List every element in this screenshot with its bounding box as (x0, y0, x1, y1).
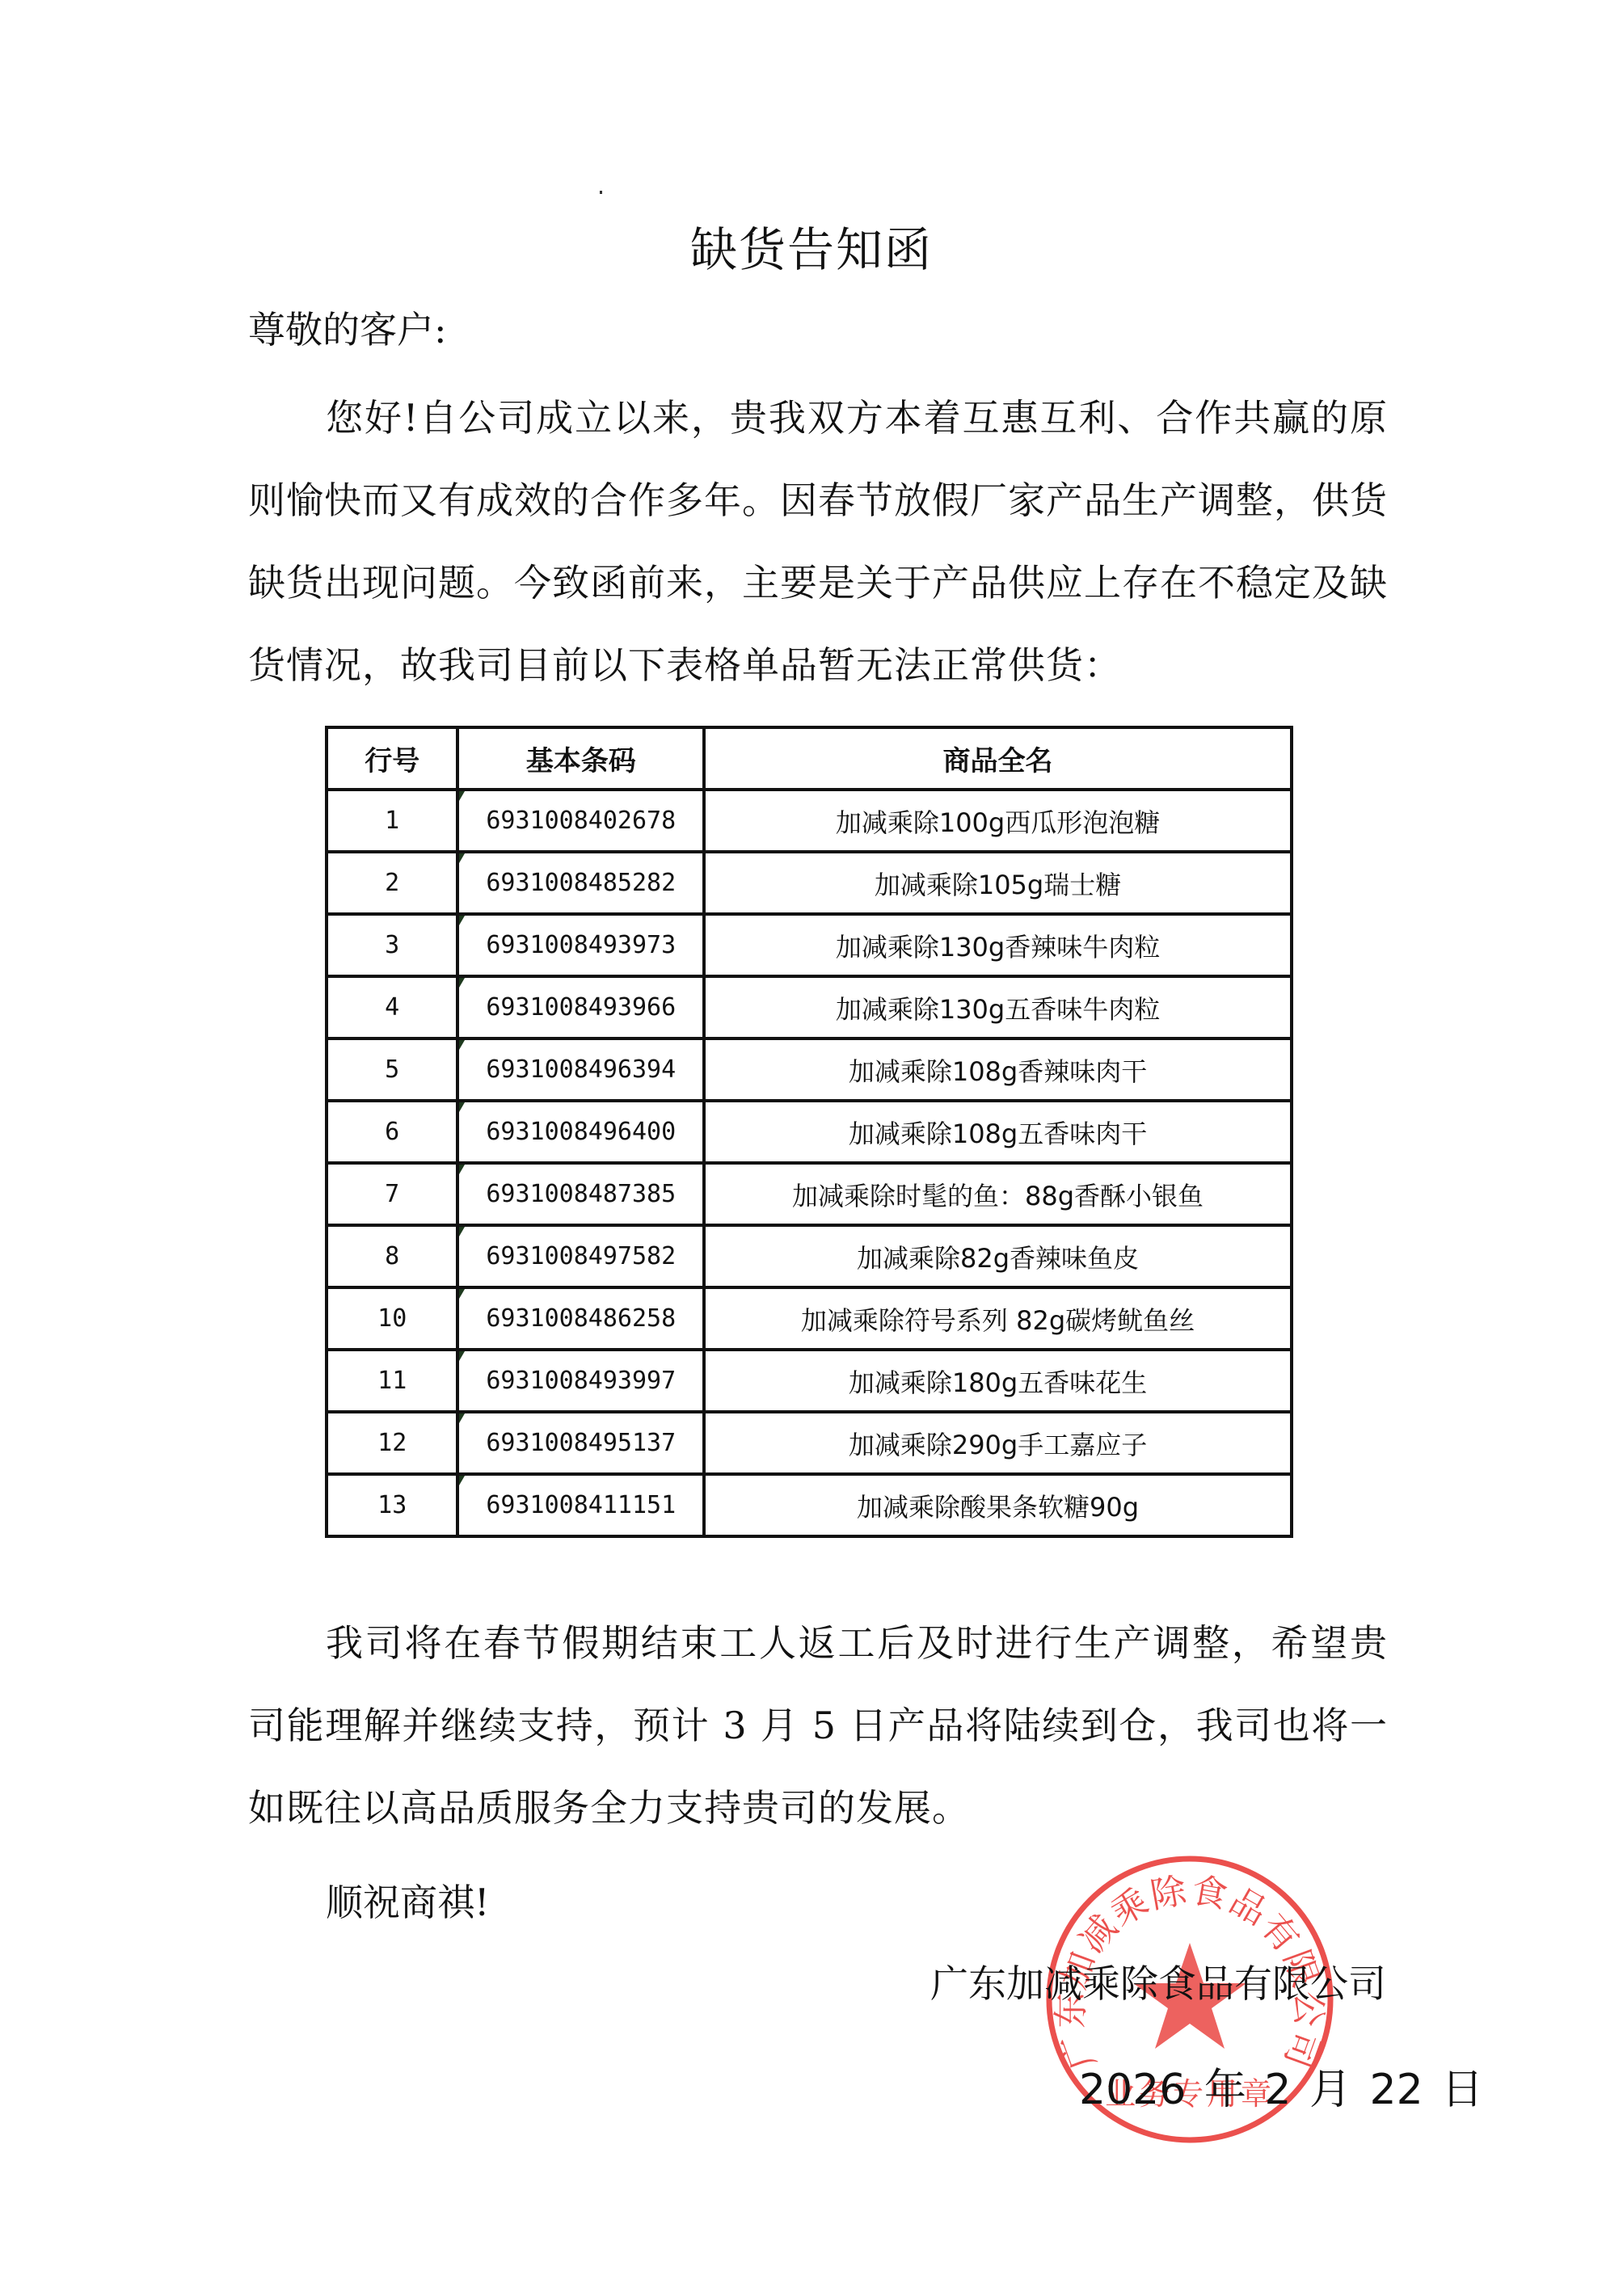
row-line-no: 5 (327, 1038, 457, 1101)
cell-marker-icon (459, 791, 465, 801)
table-row: 136931008411151加减乘除酸果条软糖90g (327, 1474, 1292, 1536)
barcode-text: 6931008493973 (486, 931, 676, 959)
cell-marker-icon (459, 1040, 465, 1050)
header-line-no: 行号 (327, 727, 457, 790)
cell-marker-icon (459, 1476, 465, 1485)
barcode-text: 6931008493966 (486, 993, 676, 1022)
table-row: 46931008493966加减乘除130g五香味牛肉粒 (327, 976, 1292, 1038)
table-row: 66931008496400加减乘除108g五香味肉干 (327, 1101, 1292, 1163)
barcode-text: 6931008411151 (486, 1491, 676, 1519)
row-barcode: 6931008486258 (457, 1287, 704, 1350)
row-barcode: 6931008485282 (457, 852, 704, 914)
cell-marker-icon (459, 1102, 465, 1112)
document-title: 缺货告知函 (0, 212, 1623, 280)
barcode-text: 6931008497582 (486, 1242, 676, 1270)
table-row: 126931008495137加减乘除290g手工嘉应子 (327, 1412, 1292, 1474)
row-product-name: 加减乘除82g香辣味鱼皮 (704, 1225, 1292, 1287)
cell-marker-icon (459, 1227, 465, 1236)
row-product-name: 加减乘除符号系列 82g碳烤鱿鱼丝 (704, 1287, 1292, 1350)
barcode-text: 6931008485282 (486, 869, 676, 897)
barcode-text: 6931008486258 (486, 1304, 676, 1333)
row-line-no: 10 (327, 1287, 457, 1350)
row-product-name: 加减乘除时髦的鱼：88g香酥小银鱼 (704, 1163, 1292, 1225)
scan-speck (600, 191, 602, 194)
table-row: 86931008497582加减乘除82g香辣味鱼皮 (327, 1225, 1292, 1287)
cell-marker-icon (459, 1165, 465, 1174)
row-line-no: 4 (327, 976, 457, 1038)
row-line-no: 8 (327, 1225, 457, 1287)
cell-marker-icon (459, 916, 465, 925)
signature-company: 广东加减乘除食品有限公司 (921, 1954, 1386, 2008)
barcode-text: 6931008487385 (486, 1180, 676, 1208)
barcode-text: 6931008495137 (486, 1429, 676, 1457)
cell-marker-icon (459, 1289, 465, 1299)
row-barcode: 6931008493997 (457, 1350, 704, 1412)
cell-marker-icon (459, 978, 465, 988)
closing-greeting: 顺祝商祺! (326, 1873, 490, 1927)
row-barcode: 6931008411151 (457, 1474, 704, 1536)
row-product-name: 加减乘除100g西瓜形泡泡糖 (704, 790, 1292, 852)
cell-marker-icon (459, 853, 465, 863)
row-product-name: 加减乘除108g香辣味肉干 (704, 1038, 1292, 1101)
barcode-text: 6931008496394 (486, 1055, 676, 1084)
row-product-name: 加减乘除酸果条软糖90g (704, 1474, 1292, 1536)
row-line-no: 11 (327, 1350, 457, 1412)
row-line-no: 7 (327, 1163, 457, 1225)
cell-marker-icon (459, 1351, 465, 1361)
table-header-row: 行号 基本条码 商品全名 (327, 727, 1292, 790)
table-row: 76931008487385加减乘除时髦的鱼：88g香酥小银鱼 (327, 1163, 1292, 1225)
row-barcode: 6931008487385 (457, 1163, 704, 1225)
row-line-no: 1 (327, 790, 457, 852)
table-row: 106931008486258加减乘除符号系列 82g碳烤鱿鱼丝 (327, 1287, 1292, 1350)
row-product-name: 加减乘除290g手工嘉应子 (704, 1412, 1292, 1474)
table-row: 36931008493973加减乘除130g香辣味牛肉粒 (327, 914, 1292, 976)
row-barcode: 6931008402678 (457, 790, 704, 852)
table-row: 26931008485282加减乘除105g瑞士糖 (327, 852, 1292, 914)
header-barcode: 基本条码 (457, 727, 704, 790)
salutation: 尊敬的客户: (248, 301, 447, 354)
row-product-name: 加减乘除130g香辣味牛肉粒 (704, 914, 1292, 976)
row-product-name: 加减乘除108g五香味肉干 (704, 1101, 1292, 1163)
table-row: 56931008496394加减乘除108g香辣味肉干 (327, 1038, 1292, 1101)
row-barcode: 6931008495137 (457, 1412, 704, 1474)
row-product-name: 加减乘除180g五香味花生 (704, 1350, 1292, 1412)
row-line-no: 13 (327, 1474, 457, 1536)
barcode-text: 6931008402678 (486, 807, 676, 835)
header-product-name: 商品全名 (704, 727, 1292, 790)
barcode-text: 6931008493997 (486, 1367, 676, 1395)
intro-paragraph: 您好!自公司成立以来，贵我双方本着互惠互利、合作共赢的原则愉快而又有成效的合作多… (248, 377, 1388, 706)
row-barcode: 6931008496394 (457, 1038, 704, 1101)
row-barcode: 6931008493973 (457, 914, 704, 976)
row-product-name: 加减乘除130g五香味牛肉粒 (704, 976, 1292, 1038)
barcode-text: 6931008496400 (486, 1118, 676, 1146)
row-barcode: 6931008493966 (457, 976, 704, 1038)
out-of-stock-table: 行号 基本条码 商品全名 16931008402678加减乘除100g西瓜形泡泡… (325, 726, 1293, 1538)
signature-date: 2026 年 2 月 22 日 (1079, 2055, 1386, 2116)
row-line-no: 2 (327, 852, 457, 914)
row-barcode: 6931008497582 (457, 1225, 704, 1287)
table-row: 116931008493997加减乘除180g五香味花生 (327, 1350, 1292, 1412)
cell-marker-icon (459, 1413, 465, 1423)
table-row: 16931008402678加减乘除100g西瓜形泡泡糖 (327, 790, 1292, 852)
row-line-no: 3 (327, 914, 457, 976)
row-line-no: 12 (327, 1412, 457, 1474)
row-product-name: 加减乘除105g瑞士糖 (704, 852, 1292, 914)
closing-paragraph: 我司将在春节假期结束工人返工后及时进行生产调整，希望贵司能理解并继续支持，预计 … (248, 1602, 1388, 1849)
row-barcode: 6931008496400 (457, 1101, 704, 1163)
row-line-no: 6 (327, 1101, 457, 1163)
